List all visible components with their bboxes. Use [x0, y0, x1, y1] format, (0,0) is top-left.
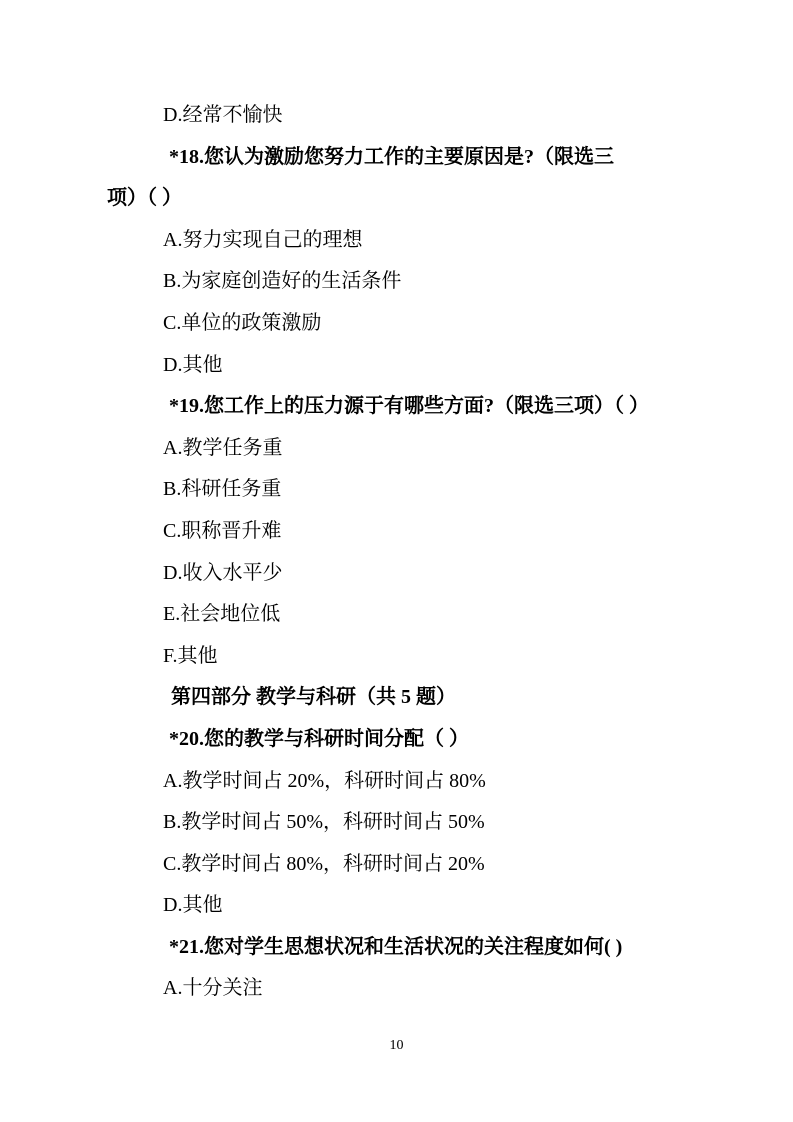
option-20-b: B.教学时间占 50%，科研时间占 50% [107, 802, 669, 844]
option-20-a: A.教学时间占 20%，科研时间占 80% [107, 761, 669, 803]
option-20-c: C.教学时间占 80%，科研时间占 20% [107, 844, 669, 886]
option-18-b: B.为家庭创造好的生活条件 [107, 261, 669, 303]
option-19-d: D.收入水平少 [107, 553, 669, 595]
question-18-title-line1: *18.您认为激励您努力工作的主要原因是?（限选三 [107, 137, 669, 179]
option-19-b: B.科研任务重 [107, 469, 669, 511]
question-19-title: *19.您工作上的压力源于有哪些方面?（限选三项）（ ） [107, 386, 669, 428]
option-19-f: F.其他 [107, 636, 669, 678]
option-18-d: D.其他 [107, 345, 669, 387]
option-19-c: C.职称晋升难 [107, 511, 669, 553]
option-19-a: A.教学任务重 [107, 428, 669, 470]
section-4-heading: 第四部分 教学与科研（共 5 题） [107, 677, 669, 719]
option-19-e: E.社会地位低 [107, 594, 669, 636]
question-18-title-line2: 项）（ ） [107, 178, 669, 220]
option-18-c: C.单位的政策激励 [107, 303, 669, 345]
option-17-d: D.经常不愉快 [107, 95, 669, 137]
option-18-a: A.努力实现自己的理想 [107, 220, 669, 262]
document-page: D.经常不愉快 *18.您认为激励您努力工作的主要原因是?（限选三 项）（ ） … [0, 0, 793, 1122]
question-list: D.经常不愉快 *18.您认为激励您努力工作的主要原因是?（限选三 项）（ ） … [107, 95, 669, 1010]
question-21-title: *21.您对学生思想状况和生活状况的关注程度如何( ) [107, 927, 669, 969]
question-20-title: *20.您的教学与科研时间分配（ ） [107, 719, 669, 761]
page-number: 10 [0, 1036, 793, 1056]
option-20-d: D.其他 [107, 885, 669, 927]
option-21-a: A.十分关注 [107, 968, 669, 1010]
